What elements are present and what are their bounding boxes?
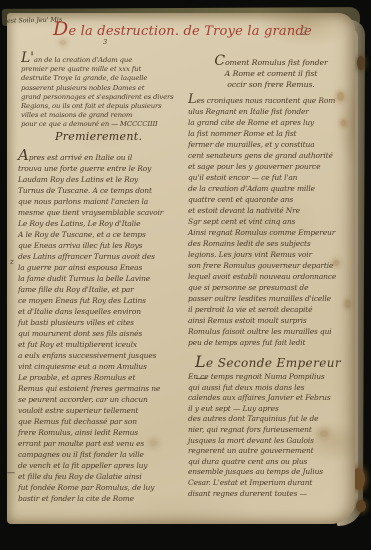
page-title: De la destruction. de Troye la grande (53, 18, 303, 40)
stain (60, 40, 66, 45)
stain (357, 56, 365, 70)
left-opening-paragraph: L'an de la creation d'Adam que premier p… (21, 54, 187, 130)
margin-note: 3 (103, 38, 107, 46)
manuscript-photo: est Soilo Jeu' Mis De la destruction. de… (0, 0, 371, 550)
folio-number: 2 (301, 25, 308, 38)
margin-mark: z (10, 258, 14, 266)
left-body-paragraph: Apres est arrivé en Italie ou il trouva … (18, 150, 187, 504)
right-body-paragraph: Les croniques nous racontent que Rom ulu… (188, 94, 356, 348)
stain (356, 500, 366, 512)
right-body2-paragraph: En ce temps regnoit Numa Pompilius qui a… (188, 372, 356, 499)
margin-dash: — (7, 468, 14, 477)
section-heading-premierement: Premierement. (55, 130, 142, 143)
manuscript-page: est Soilo Jeu' Mis De la destruction. de… (7, 13, 355, 524)
chapter-heading-romulus: Coment Romulus fist fonder A Rome et com… (191, 56, 351, 90)
